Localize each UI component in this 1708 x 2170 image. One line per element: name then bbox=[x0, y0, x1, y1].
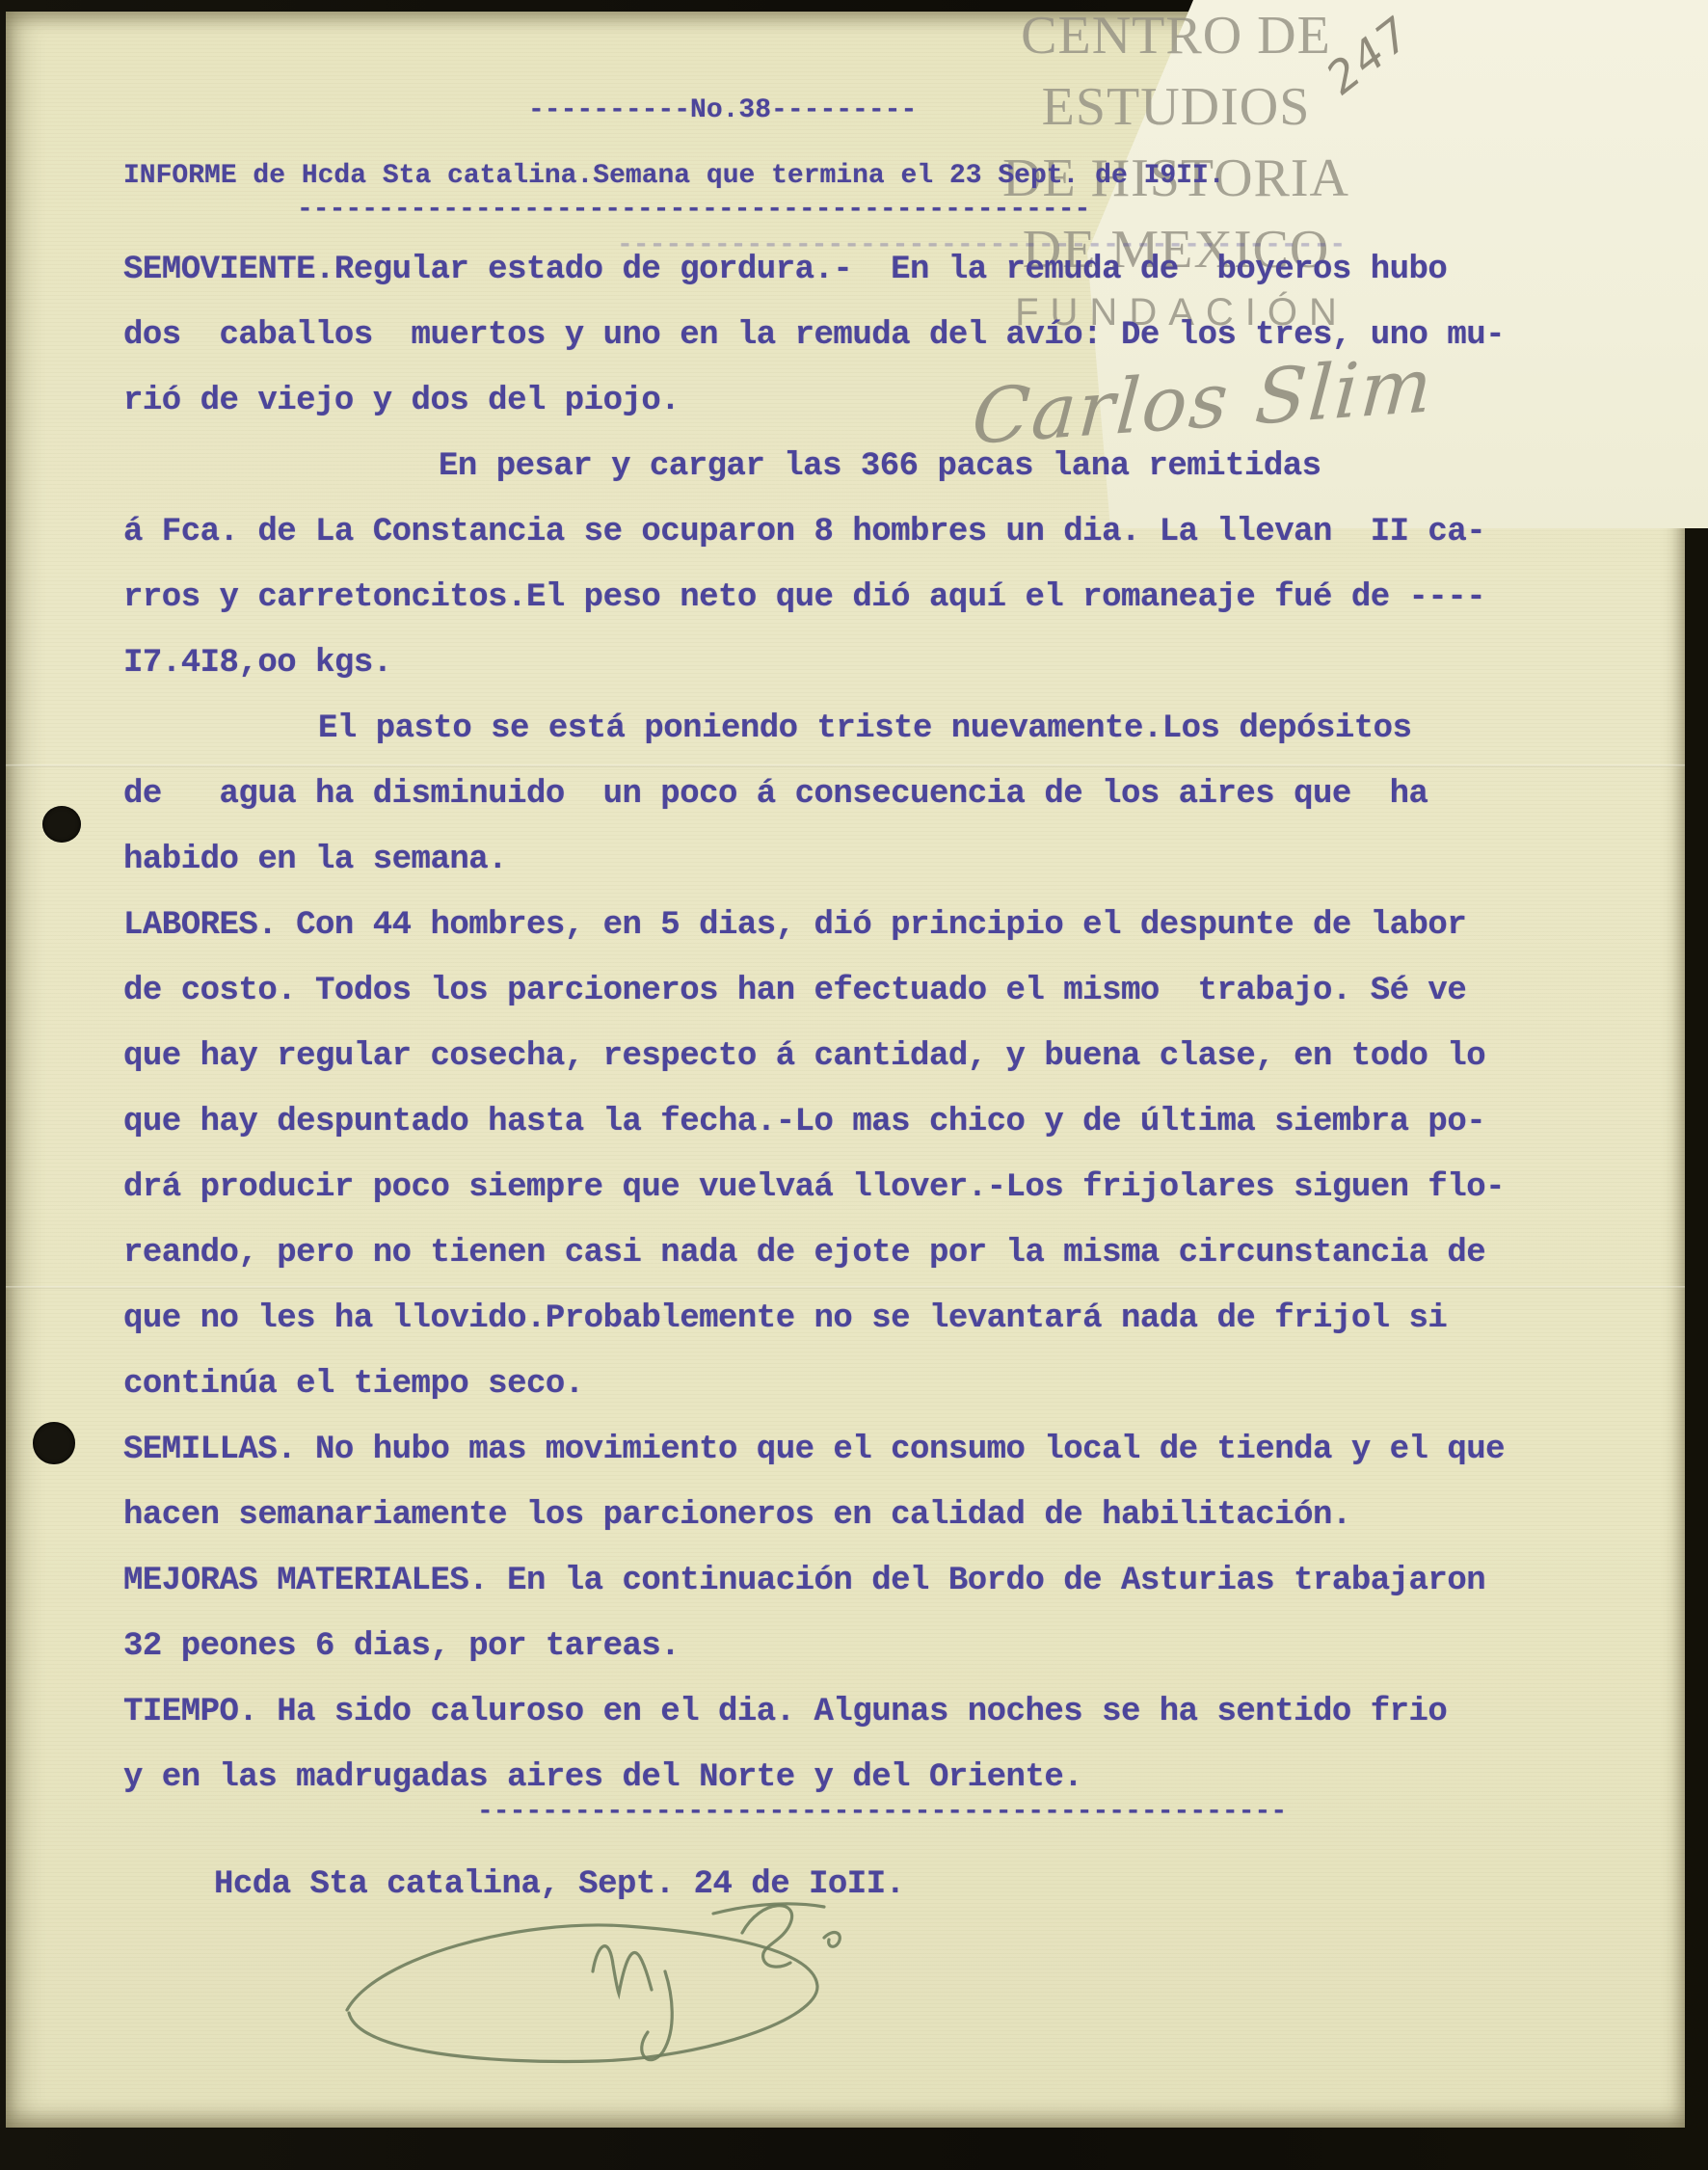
typed-line: de costo. Todos los parcioneros han efec… bbox=[123, 970, 1466, 1012]
typed-line: hacen semanariamente los parcioneros en … bbox=[123, 1494, 1351, 1537]
typed-line: rros y carretoncitos.El peso neto que di… bbox=[123, 576, 1485, 619]
typed-line: á Fca. de La Constancia se ocuparon 8 ho… bbox=[123, 511, 1485, 553]
typed-line: dos caballos muertos y uno en la remuda … bbox=[123, 314, 1505, 357]
typed-line: de agua ha disminuido un poco á consecue… bbox=[123, 773, 1428, 816]
handwritten-signature-flourish bbox=[289, 1880, 867, 2092]
report-title: INFORME de Hcda Sta catalina.Semana que … bbox=[123, 162, 1225, 191]
signature-letters-stroke bbox=[593, 1946, 652, 1994]
typed-line: rió de viejo y dos del piojo. bbox=[123, 380, 680, 422]
typed-line: que hay despuntado hasta la fecha.-Lo ma… bbox=[123, 1101, 1485, 1143]
typed-line: que hay regular cosecha, respecto á cant… bbox=[123, 1035, 1485, 1078]
typed-line: que no les ha llovido.Probablemente no s… bbox=[123, 1298, 1447, 1340]
typed-line: SEMILLAS. No hubo mas movimiento que el … bbox=[123, 1429, 1505, 1471]
punch-hole-bottom bbox=[33, 1422, 75, 1464]
typed-line: SEMOVIENTE.Regular estado de gordura.- E… bbox=[123, 249, 1447, 291]
signature-end-stroke bbox=[824, 1933, 840, 1947]
typed-line: habido en la semana. bbox=[123, 839, 507, 881]
punch-hole-top bbox=[42, 806, 81, 843]
title-underline: ----------------------------------------… bbox=[297, 196, 1090, 225]
typed-line: y en las madrugadas aires del Norte y de… bbox=[123, 1756, 1082, 1799]
fold-crease-lower bbox=[6, 1286, 1685, 1289]
typed-line: drá producir poco siempre que vuelvaá ll… bbox=[123, 1166, 1505, 1209]
typed-line: El pasto se está poniendo triste nuevame… bbox=[318, 708, 1412, 750]
typed-line: continúa el tiempo seco. bbox=[123, 1363, 584, 1406]
signature-oval-stroke bbox=[347, 1925, 817, 2061]
typed-line: I7.4I8,oo kgs. bbox=[123, 642, 392, 684]
closing-rule: ----------------------------------------… bbox=[477, 1798, 1287, 1827]
typed-line: MEJORAS MATERIALES. En la continuación d… bbox=[123, 1560, 1485, 1602]
typed-line: reando, pero no tienen casi nada de ejot… bbox=[123, 1232, 1485, 1274]
fold-crease-upper bbox=[6, 764, 1685, 767]
typed-line: En pesar y cargar las 366 pacas lana rem… bbox=[439, 445, 1321, 488]
typed-line: LABORES. Con 44 hombres, en 5 dias, dió … bbox=[123, 904, 1466, 947]
typed-line: 32 peones 6 dias, por tareas. bbox=[123, 1625, 680, 1668]
signature-descender-stroke bbox=[642, 1971, 673, 2060]
report-number: ----------No.38--------- bbox=[528, 96, 917, 125]
typed-line: TIEMPO. Ha sido caluroso en el dia. Algu… bbox=[123, 1691, 1447, 1733]
signature-s-stroke bbox=[742, 1906, 792, 1967]
scanned-document-page: CENTRO DE ESTUDIOS DE HISTORIA DE MEXICO… bbox=[0, 0, 1708, 2170]
